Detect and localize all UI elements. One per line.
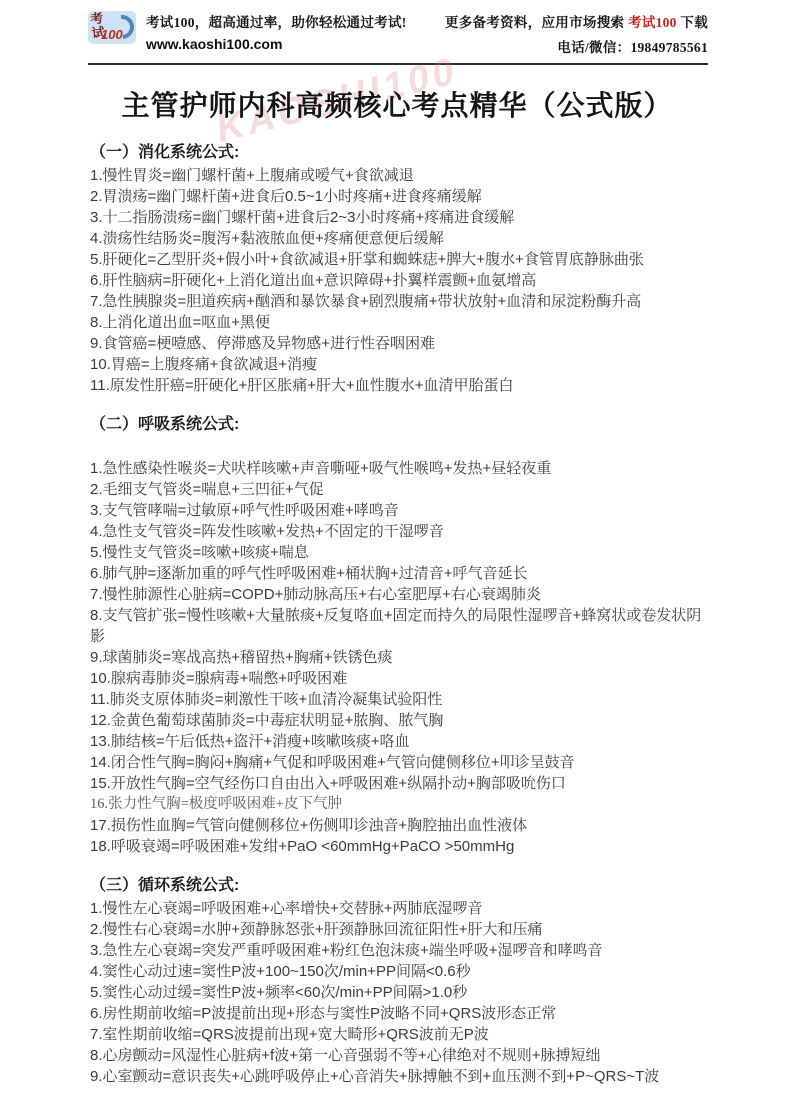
formula-item: 3.支气管哮喘=过敏原+呼气性呼吸困难+哮鸣音 xyxy=(90,500,710,521)
formula-item: 6.房性期前收缩=P波提前出现+形态与窦性P波略不同+QRS波形态正常 xyxy=(90,1003,710,1024)
formula-item: 16.张力性气胸=极度呼吸困难+皮下气肿 xyxy=(90,794,710,815)
section-items: 1.慢性左心衰竭=呼吸困难+心率增快+交替脉+两肺底湿啰音2.慢性右心衰竭=水肿… xyxy=(90,898,710,1087)
document-body: （一）消化系统公式: 1.慢性胃炎=幽门螺杆菌+上腹痛或嗳气+食欲减退2.胃溃疡… xyxy=(0,139,794,1087)
formula-item: 8.上消化道出血=呕血+黑便 xyxy=(90,312,710,333)
formula-item: 7.慢性肺源性心脏病=COPD+肺动脉高压+右心室肥厚+右心衰竭肺炎 xyxy=(90,584,710,605)
formula-item: 1.急性感染性喉炎=犬吠样咳嗽+声音嘶哑+吸气性喉鸣+发热+昼轻夜重 xyxy=(90,458,710,479)
header-contact: 电话/微信：19849785561 xyxy=(445,36,708,56)
formula-item: 3.急性左心衰竭=突发严重呼吸困难+粉红色泡沫痰+端坐呼吸+湿啰音和哮鸣音 xyxy=(90,940,710,961)
page-header: 考试 100 考试100，超高通过率，助你轻松通过考试! www.kaoshi1… xyxy=(0,0,794,56)
formula-item: 8.心房颤动=风湿性心脏病+f波+第一心音强弱不等+心律绝对不规则+脉搏短绌 xyxy=(90,1045,710,1066)
section-circulatory: （三）循环系统公式: 1.慢性左心衰竭=呼吸困难+心率增快+交替脉+两肺底湿啰音… xyxy=(90,872,710,1087)
formula-item: 4.溃疡性结肠炎=腹泻+黏液脓血便+疼痛便意便后缓解 xyxy=(90,228,710,249)
formula-item: 15.开放性气胸=空气经伤口自由出入+呼吸困难+纵隔扑动+胸部吸吮伤口 xyxy=(90,773,710,794)
formula-item: 7.急性胰腺炎=胆道疾病+酗酒和暴饮暴食+剧烈腹痛+带状放射+血清和尿淀粉酶升高 xyxy=(90,291,710,312)
formula-item: 2.胃溃疡=幽门螺杆菌+进食后0.5~1小时疼痛+进食疼痛缓解 xyxy=(90,186,710,207)
promo-brand: 考试100 xyxy=(628,15,677,30)
formula-item: 7.室性期前收缩=QRS波提前出现+宽大畸形+QRS波前无P波 xyxy=(90,1024,710,1045)
formula-item: 9.心室颤动=意识丧失+心跳呼吸停止+心音消失+脉搏触不到+血压测不到+P~QR… xyxy=(90,1066,710,1087)
promo-pre: 更多备考资料，应用市场搜索 xyxy=(445,15,628,30)
formula-item: 6.肝性脑病=肝硬化+上消化道出血+意识障碍+扑翼样震颤+血氨增高 xyxy=(90,270,710,291)
kaoshi100-logo: 考试 100 xyxy=(88,11,136,44)
section-heading: （三）循环系统公式: xyxy=(90,872,710,895)
formula-item: 1.慢性左心衰竭=呼吸困难+心率增快+交替脉+两肺底湿啰音 xyxy=(90,898,710,919)
formula-item: 11.原发性肝癌=肝硬化+肝区胀痛+肝大+血性腹水+血清甲胎蛋白 xyxy=(90,375,710,396)
header-divider xyxy=(88,63,708,65)
page-title: 主管护师内科高频核心考点精华（公式版） xyxy=(0,84,794,124)
section-heading: （一）消化系统公式: xyxy=(90,139,710,162)
formula-item: 10.腺病毒肺炎=腺病毒+喘憋+呼吸困难 xyxy=(90,668,710,689)
formula-item: 2.慢性右心衰竭=水肿+颈静脉怒张+肝颈静脉回流征阳性+肝大和压痛 xyxy=(90,919,710,940)
section-items: 1.慢性胃炎=幽门螺杆菌+上腹痛或嗳气+食欲减退2.胃溃疡=幽门螺杆菌+进食后0… xyxy=(90,165,710,396)
section-heading: （二）呼吸系统公式: xyxy=(90,411,710,434)
formula-item: 5.窦性心动过缓=窦性P波+频率<60次/min+PP间隔>1.0秒 xyxy=(90,982,710,1003)
section-items: 1.急性感染性喉炎=犬吠样咳嗽+声音嘶哑+吸气性喉鸣+发热+昼轻夜重2.毛细支气… xyxy=(90,437,710,857)
header-tagline: 考试100，超高通过率，助你轻松通过考试! xyxy=(146,11,407,31)
formula-item: 2.毛细支气管炎=喘息+三凹征+气促 xyxy=(90,479,710,500)
formula-item: 1.慢性胃炎=幽门螺杆菌+上腹痛或嗳气+食欲减退 xyxy=(90,165,710,186)
formula-item: 3.十二指肠溃疡=幽门螺杆菌+进食后2~3小时疼痛+疼痛进食缓解 xyxy=(90,207,710,228)
formula-item: 4.急性支气管炎=阵发性咳嗽+发热+不固定的干湿啰音 xyxy=(90,521,710,542)
formula-item: 4.窦性心动过速=窦性P波+100~150次/min+PP间隔<0.6秒 xyxy=(90,961,710,982)
formula-item: 5.肝硬化=乙型肝炎+假小叶+食欲减退+肝掌和蜘蛛痣+脾大+腹水+食管胃底静脉曲… xyxy=(90,249,710,270)
formula-item: 17.损伤性血胸=气管向健侧移位+伤侧叩诊浊音+胸腔抽出血性液体 xyxy=(90,815,710,836)
header-promo: 更多备考资料，应用市场搜索 考试100 下载 xyxy=(445,11,708,31)
formula-item: 13.肺结核=午后低热+盗汗+消瘦+咳嗽咳痰+咯血 xyxy=(90,731,710,752)
promo-post: 下载 xyxy=(677,15,708,30)
header-text-left: 考试100，超高通过率，助你轻松通过考试! www.kaoshi100.com xyxy=(146,11,407,52)
header-url: www.kaoshi100.com xyxy=(146,36,407,52)
formula-item: 12.金黄色葡萄球菌肺炎=中毒症状明显+脓胸、脓气胸 xyxy=(90,710,710,731)
title-block: KAOSHI100 主管护师内科高频核心考点精华（公式版） xyxy=(0,84,794,124)
header-left: 考试 100 考试100，超高通过率，助你轻松通过考试! www.kaoshi1… xyxy=(88,11,407,52)
formula-item: 9.食管癌=梗噎感、停滞感及异物感+进行性吞咽困难 xyxy=(90,333,710,354)
header-right: 更多备考资料，应用市场搜索 考试100 下载 电话/微信：19849785561 xyxy=(445,11,708,56)
formula-item: 5.慢性支气管炎=咳嗽+咳痰+喘息 xyxy=(90,542,710,563)
formula-item: 6.肺气肿=逐渐加重的呼气性呼吸困难+桶状胸+过清音+呼气音延长 xyxy=(90,563,710,584)
formula-item: 14.闭合性气胸=胸闷+胸痛+气促和呼吸困难+气管向健侧移位+叩诊呈鼓音 xyxy=(90,752,710,773)
formula-item: 18.呼吸衰竭=呼吸困难+发绀+PaO <60mmHg+PaCO >50mmHg xyxy=(90,836,710,857)
section-respiratory: （二）呼吸系统公式: 1.急性感染性喉炎=犬吠样咳嗽+声音嘶哑+吸气性喉鸣+发热… xyxy=(90,411,710,857)
section-digestive: （一）消化系统公式: 1.慢性胃炎=幽门螺杆菌+上腹痛或嗳气+食欲减退2.胃溃疡… xyxy=(90,139,710,396)
formula-item: 11.肺炎支原体肺炎=刺激性干咳+血清冷凝集试验阳性 xyxy=(90,689,710,710)
formula-item: 8.支气管扩张=慢性咳嗽+大量脓痰+反复咯血+固定而持久的局限性湿啰音+蜂窝状或… xyxy=(90,605,710,647)
formula-item: 9.球菌肺炎=寒战高热+稽留热+胸痛+铁锈色痰 xyxy=(90,647,710,668)
formula-item: 10.胃癌=上腹疼痛+食欲减退+消瘦 xyxy=(90,354,710,375)
logo-100-text: 100 xyxy=(101,27,123,42)
